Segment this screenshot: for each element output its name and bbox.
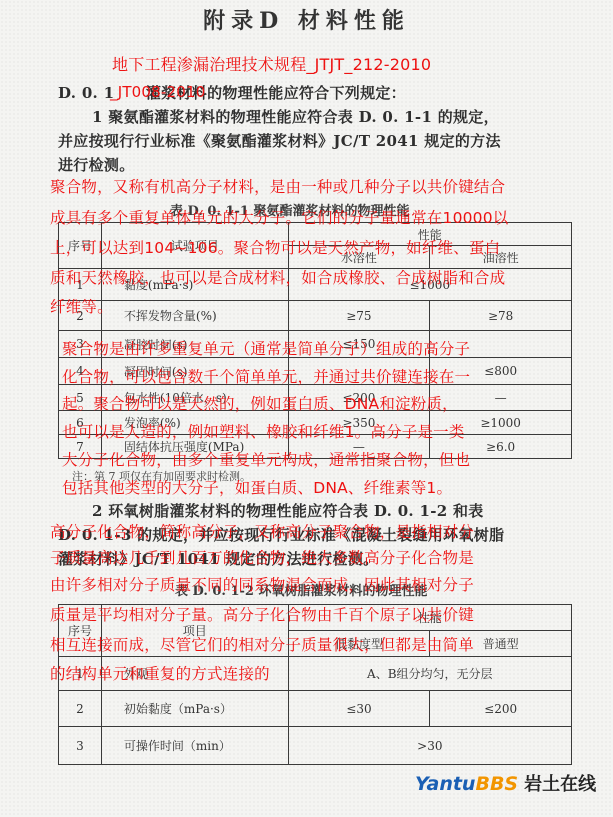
watermark-title: 地下工程渗漏治理技术规程_JTJT_212-2010 <box>112 52 431 75</box>
overlay-line: 相互连接而成，尽管它们的相对分子质量很大，但都是由简单 <box>50 633 474 655</box>
overlay-line: 大分子化合物，由多个重复单元构成，通常指聚合物，但也 <box>62 448 470 470</box>
logo-bbs: BBS <box>475 773 518 795</box>
cell-value: >30 <box>288 727 571 765</box>
cell-value: A、B组分均匀，无分层 <box>288 657 571 691</box>
para1-line1: 1 聚氨酯灌浆材料的物理性能应符合表 D. 0. 1-1 的规定， <box>92 106 499 127</box>
yantu-bbs-logo: YantuBBS岩土在线 <box>415 770 596 796</box>
cell-value-b: ≥78 <box>430 301 572 331</box>
overlay-line: 的结构单元和重复的方式连接的 <box>50 662 270 684</box>
overlay-line: 纤维等。 <box>50 295 113 317</box>
overlay-line: 上，可以达到104~106。聚合物可以是天然产物，如纤维、蛋白 <box>50 236 500 258</box>
para2-line1: 2 环氧树脂灌浆材料的物理性能应符合表 D. 0. 1-2 和表 <box>92 500 484 521</box>
table-row: 2 不挥发物含量(%) ≥75 ≥78 <box>59 301 572 331</box>
overlay-line: 成具有多个重复单体单元的大分子。它们的分子量通常在10000以 <box>50 206 509 228</box>
overlay-line: 聚合物，又称有机高分子材料，是由一种或几种分子以共价键结合 <box>50 175 505 197</box>
cell-value-a: ≥75 <box>288 301 430 331</box>
cell-item: 初始黏度（mPa·s） <box>101 691 288 727</box>
section-label: D. 0. 1 <box>58 84 114 102</box>
overlay-line: 由许多相对分子质量不同的同系物混合而成，因此其相对分子 <box>50 573 474 595</box>
logo-yantu: Yantu <box>415 773 475 795</box>
table-row: 3 可操作时间（min） >30 <box>59 727 572 765</box>
para1-line2: 并应按现行行业标准《聚氨酯灌浆材料》JC/T 2041 规定的方法 <box>58 130 501 151</box>
cell-no: 2 <box>59 691 102 727</box>
cell-no: 3 <box>59 727 102 765</box>
overlay-line: 也可以是人造的，例如塑料、橡胶和纤维1。高分子是一类 <box>62 420 465 442</box>
overlay-line: 质和天然橡胶，也可以是合成材料，如合成橡胶、合成树脂和合成 <box>50 266 505 288</box>
table-epoxy: 序号 项目 性能 低黏度型 普通型 1 外观 A、B组分均匀，无分层 2 初始黏… <box>58 604 572 765</box>
overlay-line: 高分子化合物，简称高分子，又称高分子聚合物，是指相对分 <box>50 520 474 542</box>
logo-chinese: 岩土在线 <box>524 774 596 795</box>
overlay-line: 包括其他类型的大分子，如蛋白质、DNA、纤维素等1。 <box>62 476 452 498</box>
para1-line3: 进行检测。 <box>58 154 135 175</box>
overlay-line: 子质量高达几千到几百万的化合物，绝大多数高分子化合物是 <box>50 546 474 568</box>
overlay-line: 质量是平均相对分子量。高分子化合物由千百个原子以共价键 <box>50 603 474 625</box>
table-row: 2 初始黏度（mPa·s） ≤30 ≤200 <box>59 691 572 727</box>
cell-item: 不挥发物含量(%) <box>101 301 288 331</box>
overlay-line: 聚合物是由许多重复单元（通常是简单分子）组成的高分子 <box>62 337 470 359</box>
overlay-line: 起。聚合物可以是天然的，例如蛋白质、DNA和淀粉质， <box>62 392 458 414</box>
appendix-title: 附录D 材料性能 <box>0 4 613 35</box>
watermark-code: _JT008-2010 <box>110 83 206 101</box>
cell-value-b: ≤200 <box>430 691 572 727</box>
overlay-line: 化合物，可以包含数千个简单单元，并通过共价键连接在一 <box>62 365 470 387</box>
cell-item: 可操作时间（min） <box>101 727 288 765</box>
cell-value-a: ≤30 <box>288 691 430 727</box>
